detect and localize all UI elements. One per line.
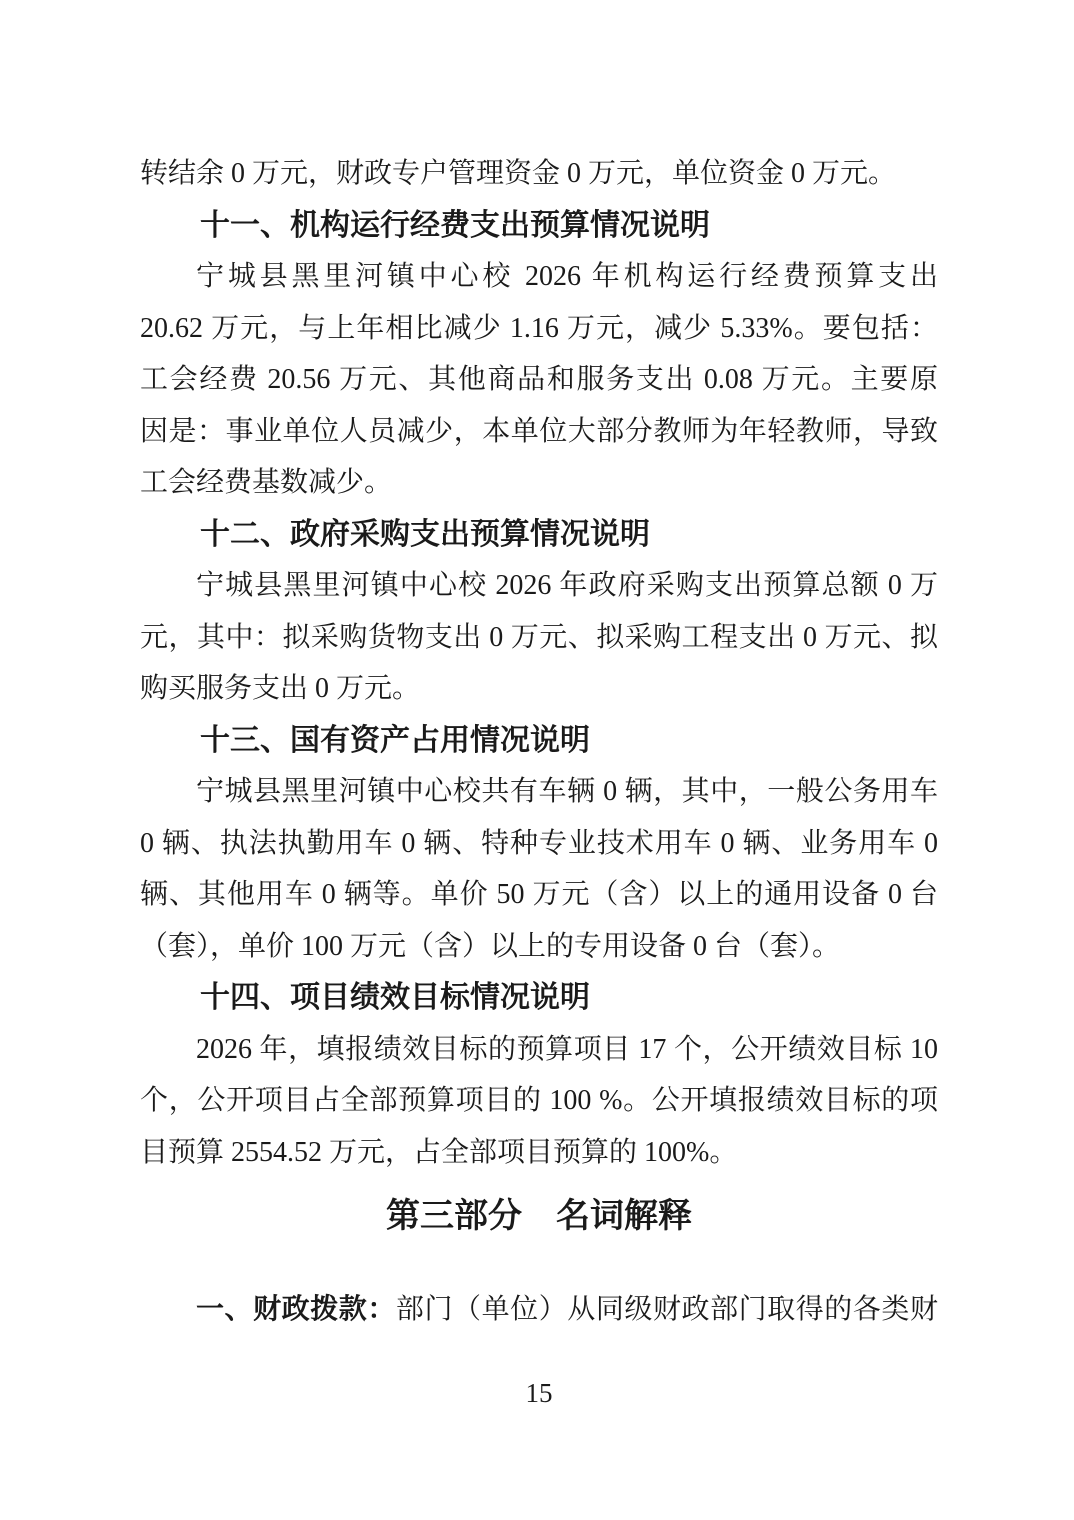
text-line: （套），单价 100 万元（含）以上的专用设备 0 台（套）。 xyxy=(140,921,938,973)
glossary-line: 一、财政拨款：部门（单位）从同级财政部门取得的各类财 xyxy=(140,1284,938,1336)
text-line: 目预算 2554.52 万元，占全部项目预算的 100%。 xyxy=(140,1127,938,1179)
section-heading-13: 十三、国有资产占用情况说明 xyxy=(140,715,938,767)
text-line: 宁城县黑里河镇中心校 2026 年政府采购支出预算总额 0 万 xyxy=(140,560,938,612)
text-line: 工会经费基数减少。 xyxy=(140,457,938,509)
document-page: 转结余 0 万元，财政专户管理资金 0 万元，单位资金 0 万元。 十一、机构运… xyxy=(0,0,1074,1520)
text-line: 转结余 0 万元，财政专户管理资金 0 万元，单位资金 0 万元。 xyxy=(140,148,938,200)
section-heading-12: 十二、政府采购支出预算情况说明 xyxy=(140,509,938,561)
text-line: 工会经费 20.56 万元、其他商品和服务支出 0.08 万元。主要原 xyxy=(140,354,938,406)
section-heading-14: 十四、项目绩效目标情况说明 xyxy=(140,972,938,1024)
section-heading-11: 十一、机构运行经费支出预算情况说明 xyxy=(140,200,938,252)
page-body: 转结余 0 万元，财政专户管理资金 0 万元，单位资金 0 万元。 十一、机构运… xyxy=(140,148,938,1408)
text-line: 元，其中：拟采购货物支出 0 万元、拟采购工程支出 0 万元、拟 xyxy=(140,612,938,664)
text-line: 辆、其他用车 0 辆等。单价 50 万元（含）以上的通用设备 0 台 xyxy=(140,869,938,921)
glossary-term-text: 部门（单位）从同级财政部门取得的各类财 xyxy=(396,1294,938,1325)
text-line: 2026 年，填报绩效目标的预算项目 17 个，公开绩效目标 10 xyxy=(140,1024,938,1076)
text-line: 个，公开项目占全部预算项目的 100 %。公开填报绩效目标的项 xyxy=(140,1075,938,1127)
text-line: 购买服务支出 0 万元。 xyxy=(140,663,938,715)
glossary-term-label: 一、财政拨款： xyxy=(196,1294,396,1325)
part-three-title: 第三部分 名词解释 xyxy=(140,1178,938,1254)
text-line: 宁城县黑里河镇中心校共有车辆 0 辆，其中，一般公务用车 xyxy=(140,766,938,818)
page-number: 15 xyxy=(140,1378,938,1408)
text-line: 0 辆、执法执勤用车 0 辆、特种专业技术用车 0 辆、业务用车 0 xyxy=(140,818,938,870)
text-line: 宁城县黑里河镇中心校 2026 年机构运行经费预算支出 xyxy=(140,251,938,303)
text-line: 20.62 万元，与上年相比减少 1.16 万元，减少 5.33%。要包括： xyxy=(140,303,938,355)
text-line: 因是：事业单位人员减少，本单位大部分教师为年轻教师，导致 xyxy=(140,406,938,458)
